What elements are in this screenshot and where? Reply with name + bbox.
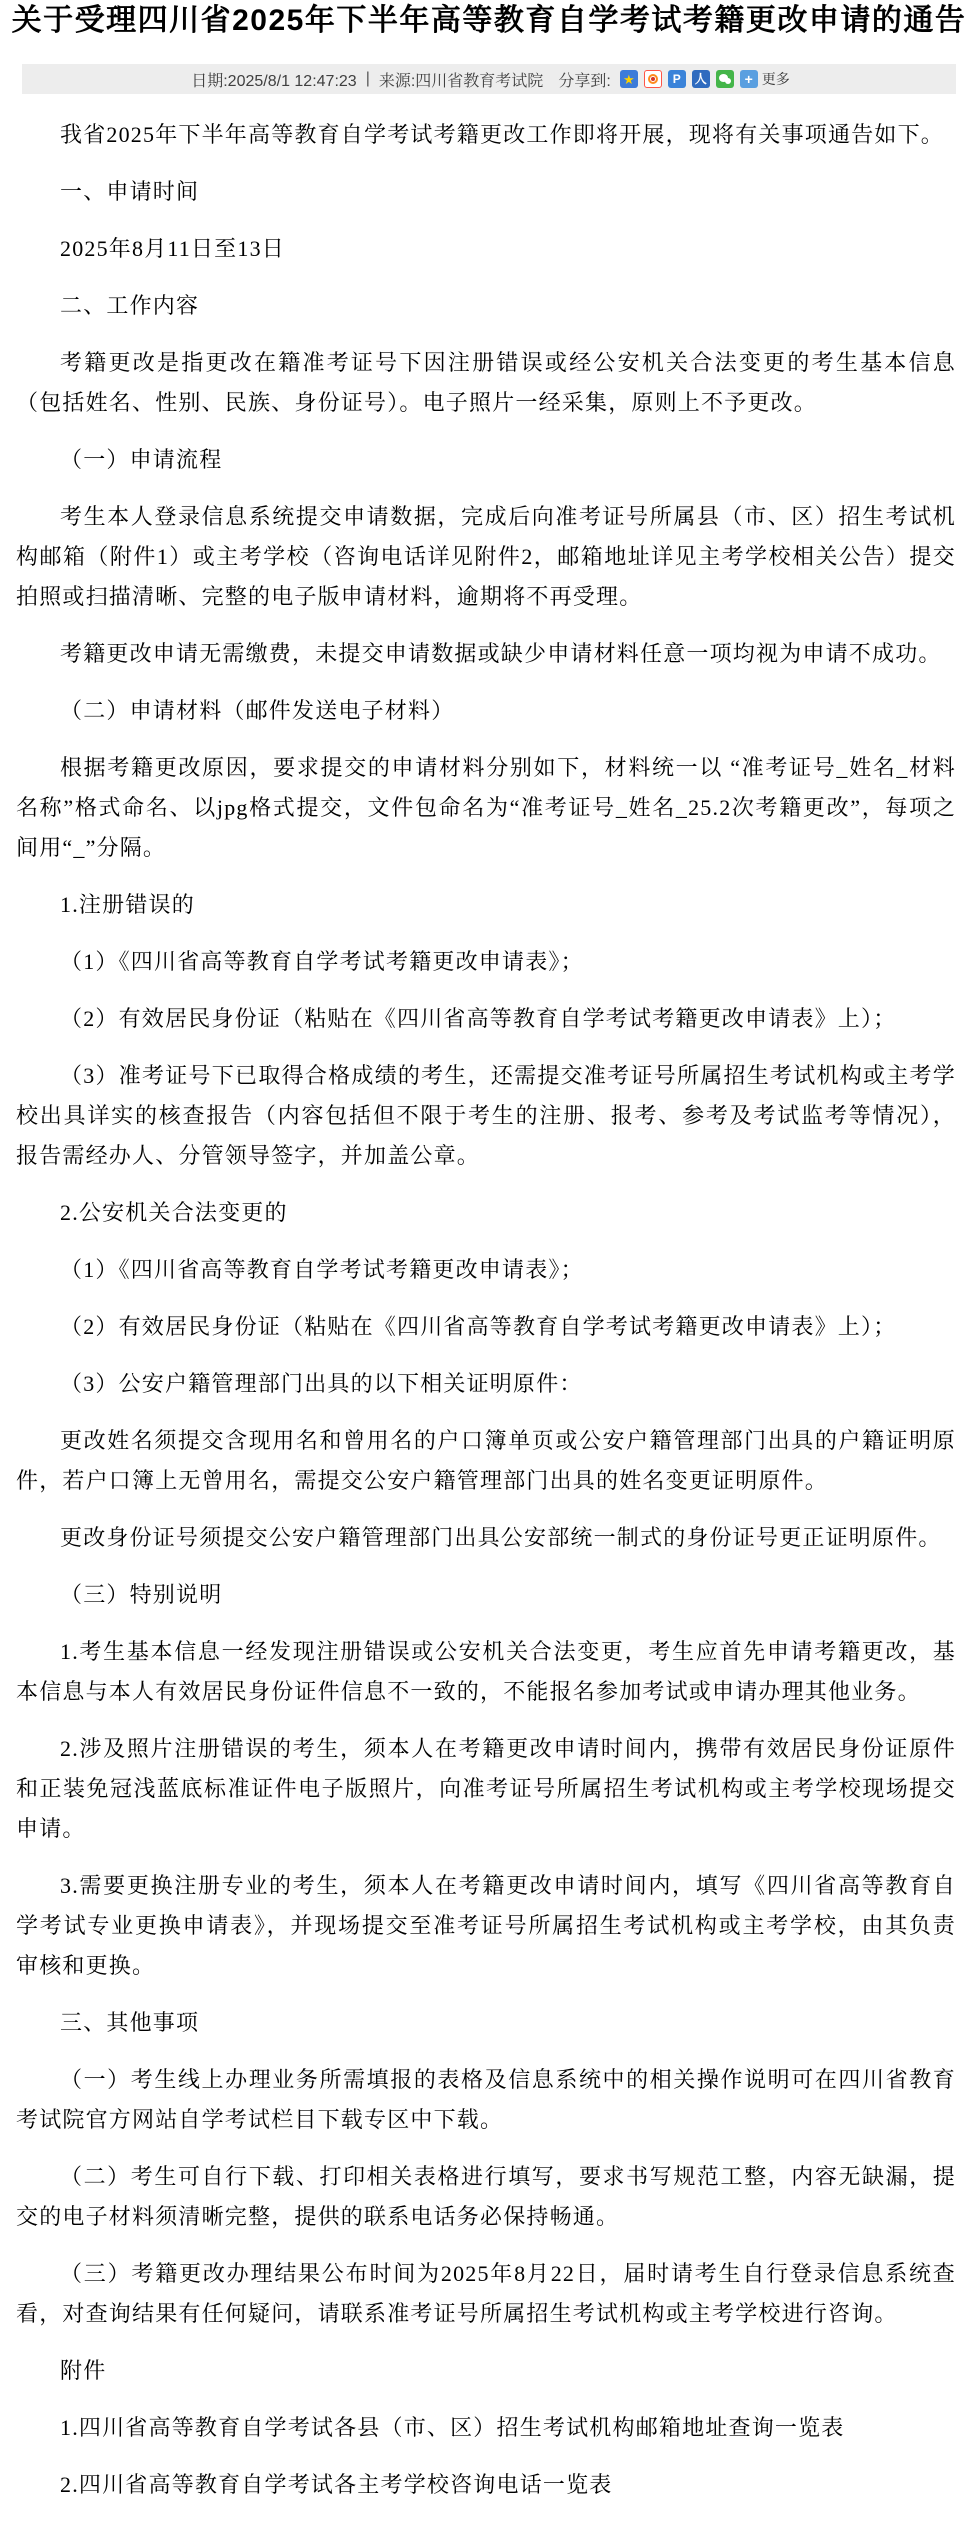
meta-separator: | [366, 70, 370, 88]
page-title: 关于受理四川省2025年下半年高等教育自学考试考籍更改申请的通告 [10, 2, 968, 38]
paragraph: 更改姓名须提交含现用名和曾用名的户口簿单页或公安户籍管理部门出具的户籍证明原件，… [16, 1421, 956, 1501]
plus-icon: + [745, 72, 753, 86]
share-more-label[interactable]: 更多 [762, 69, 790, 89]
notice-page: 关于受理四川省2025年下半年高等教育自学考试考籍更改申请的通告 日期:2025… [0, 2, 978, 2505]
paragraph: 三、其他事项 [16, 2003, 956, 2043]
paragraph: （三）特别说明 [16, 1575, 956, 1615]
paragraph: （二）考生可自行下载、打印相关表格进行填写，要求书写规范工整，内容无缺漏，提交的… [16, 2157, 956, 2237]
article-body: 我省2025年下半年高等教育自学考试考籍更改工作即将开展，现将有关事项通告如下。… [16, 115, 956, 2505]
renren-share-icon[interactable]: 人 [692, 70, 710, 88]
paragraph: 二、工作内容 [16, 286, 956, 326]
paragraph: 3.需要更换注册专业的考生，须本人在考籍更改申请时间内，填写《四川省高等教育自学… [16, 1866, 956, 1986]
paragraph: （2）有效居民身份证（粘贴在《四川省高等教育自学考试考籍更改申请表》上）； [16, 1307, 956, 1347]
paragraph: 附件 [16, 2351, 956, 2391]
wechat-share-icon[interactable] [716, 70, 734, 88]
ren-character-icon: 人 [695, 73, 707, 85]
tencent-pengyou-share-icon[interactable]: P [668, 70, 686, 88]
paragraph: 根据考籍更改原因，要求提交的申请材料分别如下，材料统一以 “准考证号_姓名_材料… [16, 748, 956, 868]
paragraph: （三）考籍更改办理结果公布时间为2025年8月22日，届时请考生自行登录信息系统… [16, 2254, 956, 2334]
chat-bubble-small-icon [725, 78, 731, 84]
paragraph-list: 我省2025年下半年高等教育自学考试考籍更改工作即将开展，现将有关事项通告如下。… [16, 115, 956, 2505]
paragraph: 2025年8月11日至13日 [16, 229, 956, 269]
sina-weibo-share-icon[interactable] [644, 70, 662, 88]
paragraph: 考籍更改是指更改在籍准考证号下因注册错误或经公安机关合法变更的考生基本信息（包括… [16, 343, 956, 423]
qzone-share-icon[interactable]: ★ [620, 70, 638, 88]
paragraph: （3）公安户籍管理部门出具的以下相关证明原件： [16, 1364, 956, 1404]
paragraph: （2）有效居民身份证（粘贴在《四川省高等教育自学考试考籍更改申请表》上）； [16, 999, 956, 1039]
more-share-icon[interactable]: + [740, 70, 758, 88]
date-label: 日期:2025/8/1 12:47:23 [191, 68, 356, 91]
paragraph: （1）《四川省高等教育自学考试考籍更改申请表》； [16, 942, 956, 982]
paragraph: （一）考生线上办理业务所需填报的表格及信息系统中的相关操作说明可在四川省教育考试… [16, 2060, 956, 2140]
paragraph: （一）申请流程 [16, 440, 956, 480]
p-letter-icon: P [673, 73, 681, 85]
paragraph: 2.公安机关合法变更的 [16, 1193, 956, 1233]
paragraph: 2.四川省高等教育自学考试各主考学校咨询电话一览表 [16, 2465, 956, 2505]
weibo-eye-icon [648, 74, 658, 84]
paragraph: 1.考生基本信息一经发现注册错误或公安机关合法变更，考生应首先申请考籍更改，基本… [16, 1632, 956, 1712]
share-label: 分享到: [558, 68, 610, 91]
paragraph: 考籍更改申请无需缴费，未提交申请数据或缺少申请材料任意一项均视为申请不成功。 [16, 634, 956, 674]
paragraph: 考生本人登录信息系统提交申请数据，完成后向准考证号所属县（市、区）招生考试机构邮… [16, 497, 956, 617]
paragraph: （1）《四川省高等教育自学考试考籍更改申请表》； [16, 1250, 956, 1290]
paragraph: 2.涉及照片注册错误的考生，须本人在考籍更改申请时间内，携带有效居民身份证原件和… [16, 1729, 956, 1849]
source-label: 来源:四川省教育考试院 [379, 68, 543, 91]
paragraph: 1.四川省高等教育自学考试各县（市、区）招生考试机构邮箱地址查询一览表 [16, 2408, 956, 2448]
meta-bar: 日期:2025/8/1 12:47:23 | 来源:四川省教育考试院 分享到: … [22, 64, 956, 94]
paragraph: （二）申请材料（邮件发送电子材料） [16, 691, 956, 731]
paragraph: 1.注册错误的 [16, 885, 956, 925]
paragraph: 我省2025年下半年高等教育自学考试考籍更改工作即将开展，现将有关事项通告如下。 [16, 115, 956, 155]
paragraph: 更改身份证号须提交公安户籍管理部门出具公安部统一制式的身份证号更正证明原件。 [16, 1518, 956, 1558]
paragraph: （3）准考证号下已取得合格成绩的考生，还需提交准考证号所属招生考试机构或主考学校… [16, 1056, 956, 1176]
paragraph: 一、申请时间 [16, 172, 956, 212]
star-icon: ★ [623, 73, 635, 86]
